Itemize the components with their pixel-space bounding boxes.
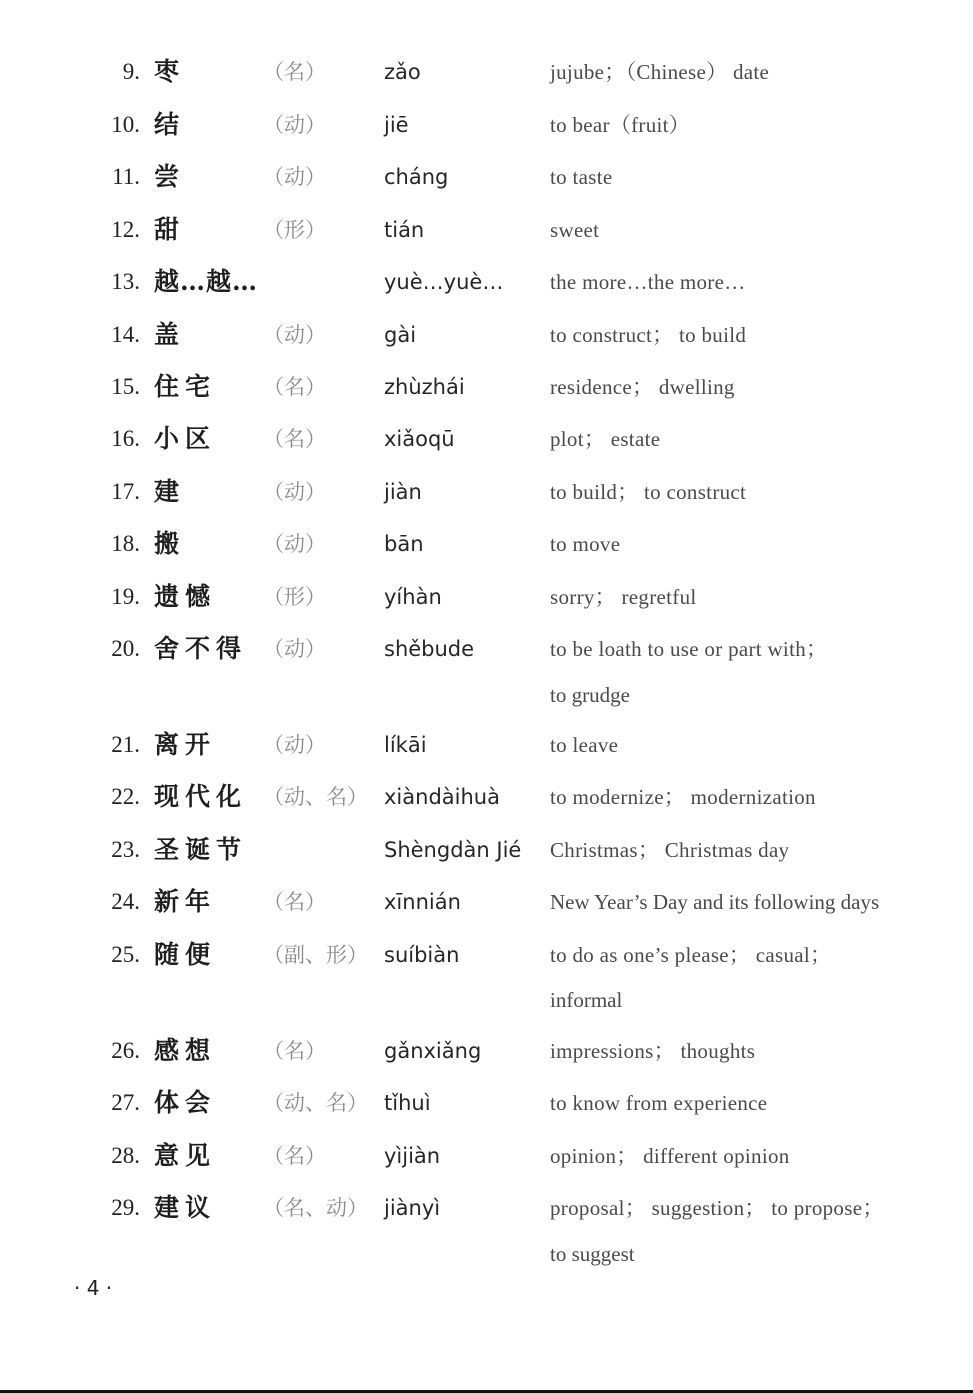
entry-hanzi: 舍不得 bbox=[154, 629, 247, 669]
vocab-entry-9: 9. 枣 （名） zǎo jujube；（Chinese） date bbox=[0, 52, 973, 92]
entry-pinyin: Shèngdàn Jié bbox=[384, 830, 521, 870]
vocab-entry-20: 20. 舍不得 （动） shěbude to be loath to use o… bbox=[0, 629, 973, 669]
entry-pinyin: shěbude bbox=[384, 629, 474, 669]
entry-part-of-speech: （名） bbox=[263, 367, 326, 407]
entry-pinyin: jiàn bbox=[384, 472, 422, 512]
entry-part-of-speech: （动） bbox=[263, 157, 326, 197]
entry-pinyin: suíbiàn bbox=[384, 935, 459, 975]
entry-number: 9. bbox=[0, 52, 140, 92]
vocab-entry-11: 11. 尝 （动） cháng to taste bbox=[0, 157, 973, 197]
entry-definition: the more…the more… bbox=[550, 262, 746, 302]
entry-pinyin: xīnnián bbox=[384, 882, 461, 922]
entry-hanzi: 搬 bbox=[154, 524, 185, 564]
vocab-entry-28: 28. 意见 （名） yìjiàn opinion； different opi… bbox=[0, 1136, 973, 1176]
entry-part-of-speech: （动、名） bbox=[263, 777, 368, 817]
vocab-entry-10: 10. 结 （动） jiē to bear（fruit） bbox=[0, 105, 973, 145]
entry-definition-continued: to suggest bbox=[550, 1234, 635, 1274]
entry-hanzi: 甜 bbox=[154, 210, 185, 250]
entry-hanzi: 住宅 bbox=[154, 367, 216, 407]
entry-hanzi: 枣 bbox=[154, 52, 185, 92]
entry-definition-continued: informal bbox=[550, 980, 622, 1020]
entry-definition: sweet bbox=[550, 210, 599, 250]
entry-pinyin: zhùzhái bbox=[384, 367, 465, 407]
entry-definition: proposal； suggestion； to propose； bbox=[550, 1188, 884, 1228]
entry-definition: Christmas； Christmas day bbox=[550, 830, 789, 870]
entry-hanzi: 盖 bbox=[154, 315, 185, 355]
entry-definition: New Year’s Day and its following days bbox=[550, 882, 879, 922]
entry-definition: to taste bbox=[550, 157, 612, 197]
entry-pinyin: jiànyì bbox=[384, 1188, 440, 1228]
entry-part-of-speech: （动） bbox=[263, 725, 326, 765]
entry-number: 20. bbox=[0, 629, 140, 669]
entry-pinyin: xiàndàihuà bbox=[384, 777, 500, 817]
vocab-entry-17: 17. 建 （动） jiàn to build； to construct bbox=[0, 472, 973, 512]
entry-definition: to build； to construct bbox=[550, 472, 746, 512]
entry-definition: to know from experience bbox=[550, 1083, 767, 1123]
entry-part-of-speech: （名、动） bbox=[263, 1188, 368, 1228]
entry-number: 25. bbox=[0, 935, 140, 975]
entry-hanzi: 建议 bbox=[154, 1188, 216, 1228]
entry-hanzi: 意见 bbox=[154, 1136, 216, 1176]
entry-hanzi: 遗憾 bbox=[154, 577, 216, 617]
entry-definition-continued: to grudge bbox=[550, 675, 630, 715]
vocab-entry-18: 18. 搬 （动） bān to move bbox=[0, 524, 973, 564]
entry-pinyin: gài bbox=[384, 315, 416, 355]
vocab-entry-26: 26. 感想 （名） gǎnxiǎng impressions； thought… bbox=[0, 1031, 973, 1071]
entry-pinyin: xiǎoqū bbox=[384, 419, 455, 459]
entry-number: 28. bbox=[0, 1136, 140, 1176]
entry-part-of-speech: （动） bbox=[263, 105, 326, 145]
entry-pinyin: tǐhuì bbox=[384, 1083, 431, 1123]
entry-definition: to modernize； modernization bbox=[550, 777, 816, 817]
entry-number: 24. bbox=[0, 882, 140, 922]
entry-number: 13. bbox=[0, 262, 140, 302]
vocabulary-page: 9. 枣 （名） zǎo jujube；（Chinese） date 10. 结… bbox=[0, 0, 973, 1393]
entry-number: 29. bbox=[0, 1188, 140, 1228]
entry-number: 16. bbox=[0, 419, 140, 459]
entry-part-of-speech: （名） bbox=[263, 52, 326, 92]
entry-number: 17. bbox=[0, 472, 140, 512]
vocab-entry-22: 22. 现代化 （动、名） xiàndàihuà to modernize； m… bbox=[0, 777, 973, 817]
entry-number: 12. bbox=[0, 210, 140, 250]
entry-pinyin: líkāi bbox=[384, 725, 427, 765]
entry-part-of-speech: （动） bbox=[263, 472, 326, 512]
entry-part-of-speech: （名） bbox=[263, 1031, 326, 1071]
entry-part-of-speech: （名） bbox=[263, 1136, 326, 1176]
entry-pinyin: yìjiàn bbox=[384, 1136, 440, 1176]
vocab-entry-25: 25. 随便 （副、形） suíbiàn to do as one’s plea… bbox=[0, 935, 973, 975]
entry-number: 18. bbox=[0, 524, 140, 564]
entry-number: 21. bbox=[0, 725, 140, 765]
entry-part-of-speech: （名） bbox=[263, 419, 326, 459]
entry-hanzi: 感想 bbox=[154, 1031, 216, 1071]
entry-pinyin: yíhàn bbox=[384, 577, 442, 617]
entry-pinyin: zǎo bbox=[384, 52, 421, 92]
entry-definition: jujube；（Chinese） date bbox=[550, 52, 769, 92]
vocab-entry-29: 29. 建议 （名、动） jiànyì proposal； suggestion… bbox=[0, 1188, 973, 1228]
entry-part-of-speech: （动） bbox=[263, 315, 326, 355]
entry-hanzi: 圣诞节 bbox=[154, 830, 247, 870]
entry-hanzi: 越…越… bbox=[154, 262, 258, 302]
entry-pinyin: jiē bbox=[384, 105, 409, 145]
entry-pinyin: bān bbox=[384, 524, 424, 564]
entry-definition: to leave bbox=[550, 725, 618, 765]
entry-number: 10. bbox=[0, 105, 140, 145]
entry-part-of-speech: （动、名） bbox=[263, 1083, 368, 1123]
page-number: · 4 · bbox=[74, 1272, 112, 1304]
vocab-entry-27: 27. 体会 （动、名） tǐhuì to know from experien… bbox=[0, 1083, 973, 1123]
entry-definition: to move bbox=[550, 524, 620, 564]
entry-hanzi: 小区 bbox=[154, 419, 216, 459]
entry-definition: to do as one’s please； casual； bbox=[550, 935, 831, 975]
entry-definition: sorry； regretful bbox=[550, 577, 697, 617]
entry-number: 27. bbox=[0, 1083, 140, 1123]
entry-hanzi: 新年 bbox=[154, 882, 216, 922]
entry-hanzi: 离开 bbox=[154, 725, 216, 765]
vocab-entry-13: 13. 越…越… yuè…yuè… the more…the more… bbox=[0, 262, 973, 302]
entry-hanzi: 现代化 bbox=[154, 777, 247, 817]
entry-number: 11. bbox=[0, 157, 140, 197]
entry-number: 19. bbox=[0, 577, 140, 617]
entry-number: 26. bbox=[0, 1031, 140, 1071]
entry-pinyin: tián bbox=[384, 210, 424, 250]
entry-pinyin: gǎnxiǎng bbox=[384, 1031, 481, 1071]
entry-definition: to be loath to use or part with； bbox=[550, 629, 827, 669]
vocab-entry-23: 23. 圣诞节 Shèngdàn Jié Christmas； Christma… bbox=[0, 830, 973, 870]
entry-part-of-speech: （形） bbox=[263, 577, 326, 617]
entry-definition: plot； estate bbox=[550, 419, 660, 459]
entry-part-of-speech: （名） bbox=[263, 882, 326, 922]
entry-number: 23. bbox=[0, 830, 140, 870]
entry-hanzi: 体会 bbox=[154, 1083, 216, 1123]
vocab-entry-12: 12. 甜 （形） tián sweet bbox=[0, 210, 973, 250]
entry-definition: residence； dwelling bbox=[550, 367, 735, 407]
vocab-entry-16: 16. 小区 （名） xiǎoqū plot； estate bbox=[0, 419, 973, 459]
vocab-entry-15: 15. 住宅 （名） zhùzhái residence； dwelling bbox=[0, 367, 973, 407]
vocab-entry-14: 14. 盖 （动） gài to construct； to build bbox=[0, 315, 973, 355]
entry-part-of-speech: （形） bbox=[263, 210, 326, 250]
entry-part-of-speech: （动） bbox=[263, 524, 326, 564]
entry-hanzi: 随便 bbox=[154, 935, 216, 975]
entry-number: 15. bbox=[0, 367, 140, 407]
entry-hanzi: 结 bbox=[154, 105, 185, 145]
entry-pinyin: cháng bbox=[384, 157, 448, 197]
vocab-entry-24: 24. 新年 （名） xīnnián New Year’s Day and it… bbox=[0, 882, 973, 922]
entry-definition: impressions； thoughts bbox=[550, 1031, 755, 1071]
vocab-entry-19: 19. 遗憾 （形） yíhàn sorry； regretful bbox=[0, 577, 973, 617]
entry-part-of-speech: （动） bbox=[263, 629, 326, 669]
entry-part-of-speech: （副、形） bbox=[263, 935, 368, 975]
entry-number: 22. bbox=[0, 777, 140, 817]
entry-definition: to construct； to build bbox=[550, 315, 746, 355]
entry-hanzi: 尝 bbox=[154, 157, 185, 197]
entry-pinyin: yuè…yuè… bbox=[384, 262, 503, 302]
entry-number: 14. bbox=[0, 315, 140, 355]
entry-hanzi: 建 bbox=[154, 472, 185, 512]
vocab-entry-21: 21. 离开 （动） líkāi to leave bbox=[0, 725, 973, 765]
entry-definition: to bear（fruit） bbox=[550, 105, 690, 145]
entry-definition: opinion； different opinion bbox=[550, 1136, 790, 1176]
